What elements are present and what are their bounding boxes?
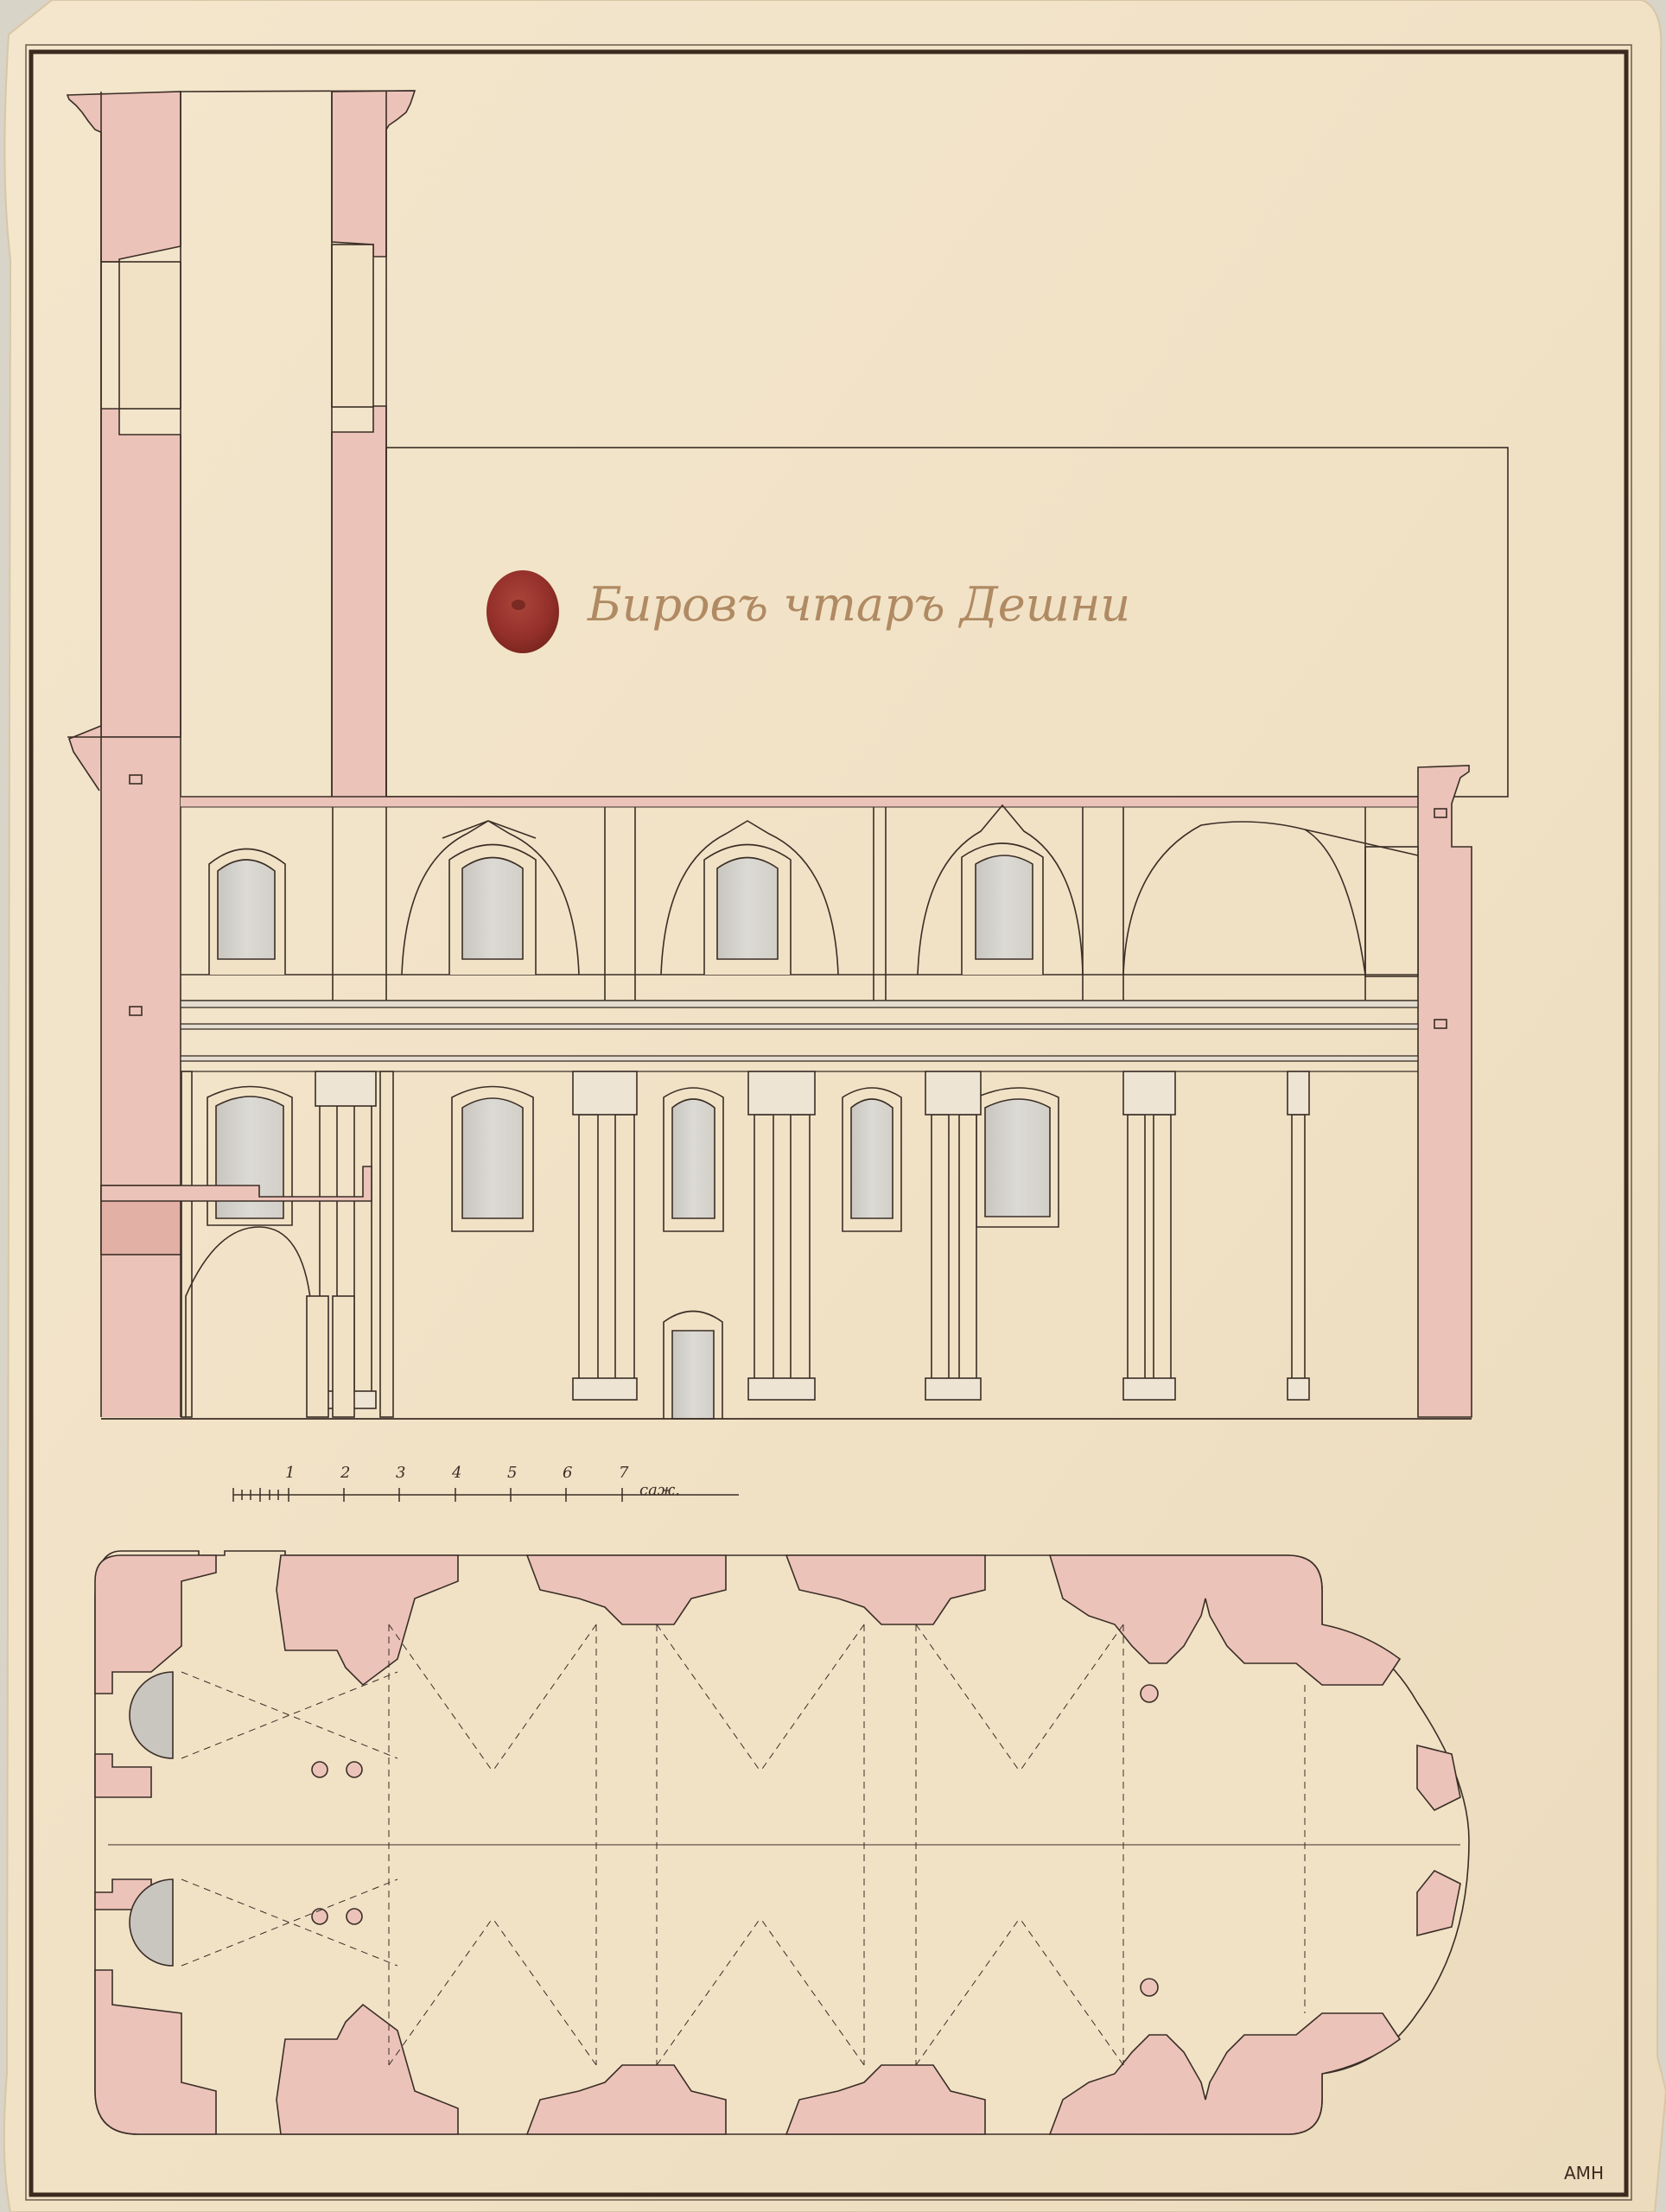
wax-seal: [486, 570, 559, 653]
inscription-text: Бировъ чтаръ Дешни: [587, 577, 1130, 632]
scale-label-7: 7: [619, 1464, 629, 1482]
scale-label-1: 1: [285, 1464, 295, 1482]
scale-label-5: 5: [507, 1464, 517, 1482]
door: [664, 1312, 722, 1420]
ground-plan: [95, 1551, 1469, 2134]
scale-label-4: 4: [451, 1464, 461, 1482]
archive-stamp: AMH: [1564, 2163, 1604, 2183]
scale-unit: саж.: [639, 1481, 680, 1499]
scale-label-2: 2: [340, 1464, 350, 1482]
scale-label-6: 6: [563, 1464, 572, 1482]
drawing-sheet: Бировъ чтаръ Дешни 1 2 3 4 5 6 7 саж.: [0, 0, 1666, 2212]
scale-label-3: 3: [396, 1464, 405, 1482]
